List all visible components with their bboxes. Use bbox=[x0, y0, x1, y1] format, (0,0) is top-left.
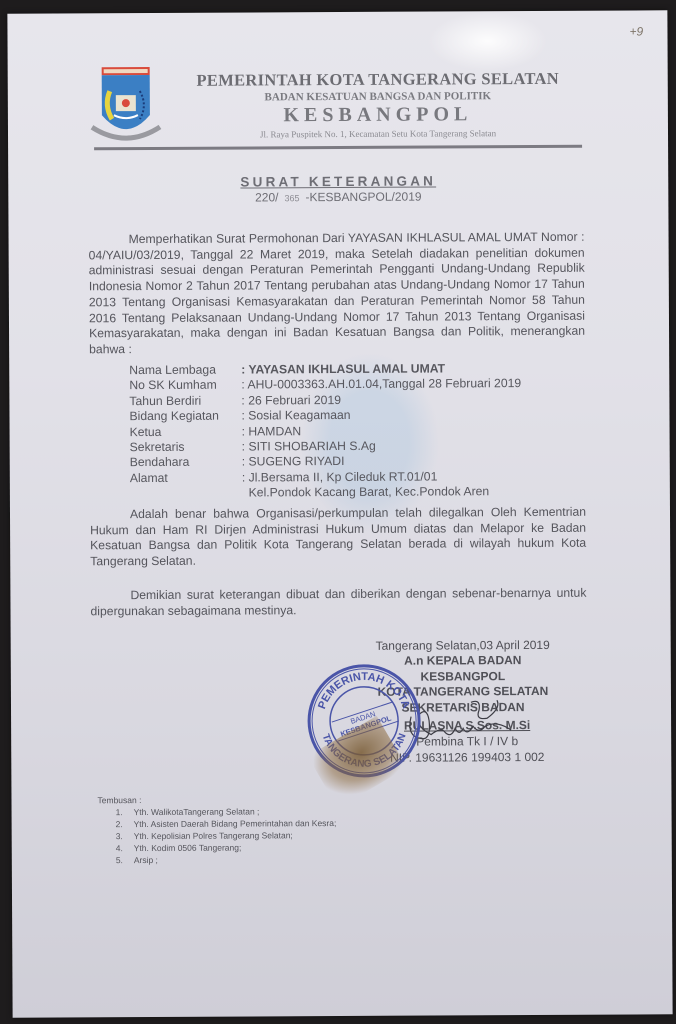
detail-label: Sekretaris bbox=[130, 440, 242, 456]
letter-paper: +9 PEMERINTAH KOTA TANGERANG SELATAN BAD… bbox=[7, 10, 672, 1017]
carbon-copy-item: 5.Arsip ; bbox=[98, 853, 337, 866]
closing-paragraph: Demikian surat keterangan dibuat dan dib… bbox=[90, 586, 586, 620]
detail-value: : HAMDAN bbox=[242, 424, 302, 440]
carbon-copy-text: Arsip ; bbox=[134, 854, 158, 866]
place-date: Tangerang Selatan,03 April 2019 bbox=[363, 638, 563, 654]
organization-details: Nama Lembaga: YAYASAN IKHLASUL AMAL UMAT… bbox=[129, 361, 522, 502]
letterhead-address: Jl. Raya Puspitek No. 1, Kecamatan Setu … bbox=[168, 128, 588, 140]
carbon-copy-text: Yth. WalikotaTangerang Selatan ; bbox=[134, 805, 260, 818]
intro-paragraph: Memperhatikan Surat Permohonan Dari YAYA… bbox=[89, 230, 586, 358]
number-suffix: -KESBANGPOL/2019 bbox=[305, 190, 421, 205]
detail-value: : Sosial Keagamaan bbox=[241, 408, 350, 424]
carbon-copy-number: 4. bbox=[116, 842, 134, 854]
detail-label bbox=[130, 486, 242, 502]
detail-label: Nama Lembaga bbox=[129, 363, 241, 379]
detail-value: : 26 Februari 2019 bbox=[241, 393, 341, 409]
detail-value: : AHU-0003363.AH.01.04,Tanggal 28 Februa… bbox=[241, 376, 521, 393]
detail-label: Bidang Kegiatan bbox=[129, 409, 241, 425]
carbon-copy-number: 3. bbox=[116, 830, 134, 842]
letterhead-government: PEMERINTAH KOTA TANGERANG SELATAN bbox=[168, 69, 588, 91]
legal-paragraph: Adalah benar bahwa Organisasi/perkumpula… bbox=[90, 505, 586, 570]
carbon-copy-text: Yth. Kodim 0506 Tangerang; bbox=[134, 842, 242, 855]
number-prefix: 220/ bbox=[255, 190, 278, 204]
carbon-copy-number: 2. bbox=[116, 818, 134, 830]
detail-label: Tahun Berdiri bbox=[129, 393, 241, 409]
detail-row: No SK Kumham: AHU-0003363.AH.01.04,Tangg… bbox=[129, 376, 521, 393]
document-number: 220/365-KESBANGPOL/2019 bbox=[8, 188, 668, 205]
carbon-copy-list: Tembusan : 1.Yth. WalikotaTangerang Sela… bbox=[97, 793, 336, 866]
detail-value: : Jl.Bersama II, Kp Cileduk RT.01/01 bbox=[242, 469, 438, 485]
carbon-copy-item: 2.Yth. Asisten Daerah Bidang Pemerintaha… bbox=[98, 817, 337, 830]
carbon-copy-text: Yth. Kepolisian Polres Tangerang Selatan… bbox=[134, 829, 293, 842]
number-handwritten: 365 bbox=[284, 193, 299, 203]
detail-label: Ketua bbox=[130, 424, 242, 440]
detail-value: : SITI SHOBARIAH S.Ag bbox=[242, 439, 376, 455]
letterhead: PEMERINTAH KOTA TANGERANG SELATAN BADAN … bbox=[168, 69, 588, 140]
corner-handwritten-note: +9 bbox=[629, 24, 643, 38]
detail-label: Alamat bbox=[130, 470, 242, 486]
detail-row: Kel.Pondok Kacang Barat, Kec.Pondok Aren bbox=[130, 484, 522, 501]
detail-value: Kel.Pondok Kacang Barat, Kec.Pondok Aren bbox=[242, 484, 489, 501]
detail-value: : SUGENG RIYADI bbox=[242, 454, 345, 470]
letterhead-acronym: KESBANGPOL bbox=[168, 103, 588, 128]
light-glare bbox=[427, 11, 547, 72]
carbon-copy-number: 1. bbox=[116, 806, 134, 818]
letterhead-agency: BADAN KESATUAN BANGSA DAN POLITIK bbox=[168, 90, 588, 104]
carbon-copy-number: 5. bbox=[116, 854, 134, 866]
detail-label: No SK Kumham bbox=[129, 378, 241, 394]
detail-value: : YAYASAN IKHLASUL AMAL UMAT bbox=[241, 361, 445, 377]
detail-label: Bendahara bbox=[130, 455, 242, 471]
letterhead-divider bbox=[94, 145, 582, 151]
document-title: SURAT KETERANGAN 220/365-KESBANGPOL/2019 bbox=[8, 172, 668, 205]
city-coat-of-arms-icon bbox=[90, 65, 162, 147]
carbon-copy-text: Yth. Asisten Daerah Bidang Pemerintahan … bbox=[134, 817, 337, 830]
